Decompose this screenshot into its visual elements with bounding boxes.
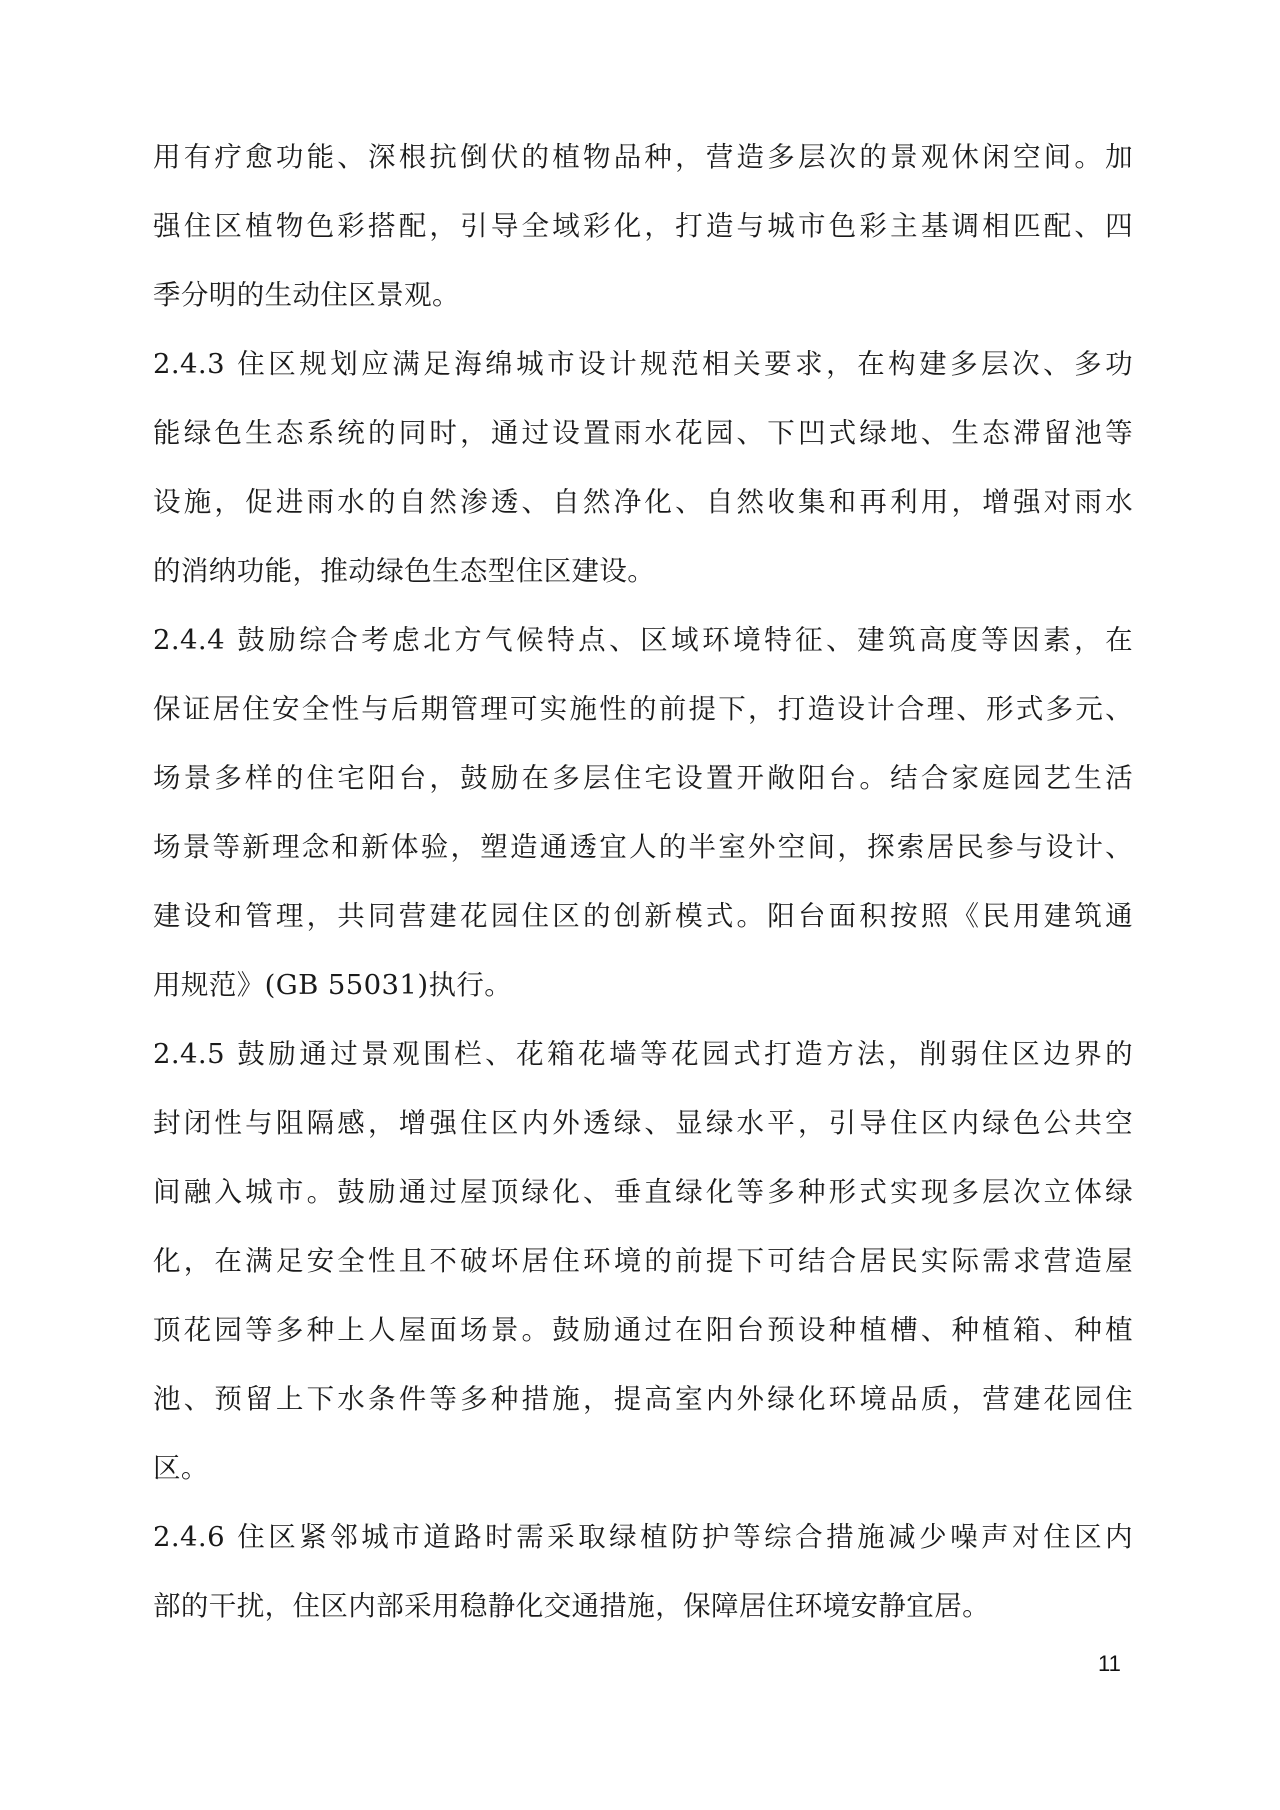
text-line: 能绿色生态系统的同时，通过设置雨水花园、下凹式绿地、生态滞留池等 (153, 408, 1133, 477)
paragraph-2-4-4: 2.4.4 鼓励综合考虑北方气候特点、区域环境特征、建筑高度等因素，在 保证居住… (153, 615, 1133, 1029)
text-line: 场景多样的住宅阳台，鼓励在多层住宅设置开敞阳台。结合家庭园艺生活 (153, 753, 1133, 822)
text-line: 间融入城市。鼓励通过屋顶绿化、垂直绿化等多种形式实现多层次立体绿 (153, 1167, 1133, 1236)
text-line: 2.4.5 鼓励通过景观围栏、花箱花墙等花园式打造方法，削弱住区边界的 (153, 1029, 1133, 1098)
paragraph-2-4-6: 2.4.6 住区紧邻城市道路时需采取绿植防护等综合措施减少噪声对住区内 部的干扰… (153, 1512, 1133, 1650)
text-line: 建设和管理，共同营建花园住区的创新模式。阳台面积按照《民用建筑通 (153, 891, 1133, 960)
text-line: 设施，促进雨水的自然渗透、自然净化、自然收集和再利用，增强对雨水 (153, 477, 1133, 546)
paragraph-continuation: 用有疗愈功能、深根抗倒伏的植物品种，营造多层次的景观休闲空间。加 强住区植物色彩… (153, 132, 1133, 339)
paragraph-2-4-5: 2.4.5 鼓励通过景观围栏、花箱花墙等花园式打造方法，削弱住区边界的 封闭性与… (153, 1029, 1133, 1512)
text-line: 强住区植物色彩搭配，引导全域彩化，打造与城市色彩主基调相匹配、四 (153, 201, 1133, 270)
text-line: 顶花园等多种上人屋面场景。鼓励通过在阳台预设种植槽、种植箱、种植 (153, 1305, 1133, 1374)
document-body: 用有疗愈功能、深根抗倒伏的植物品种，营造多层次的景观休闲空间。加 强住区植物色彩… (153, 132, 1133, 1650)
page-number: 11 (1098, 1651, 1121, 1677)
text-line: 2.4.3 住区规划应满足海绵城市设计规范相关要求，在构建多层次、多功 (153, 339, 1133, 408)
text-line: 场景等新理念和新体验，塑造通透宜人的半室外空间，探索居民参与设计、 (153, 822, 1133, 891)
text-line: 保证居住安全性与后期管理可实施性的前提下，打造设计合理、形式多元、 (153, 684, 1133, 753)
text-line: 2.4.6 住区紧邻城市道路时需采取绿植防护等综合措施减少噪声对住区内 (153, 1512, 1133, 1581)
text-line: 封闭性与阻隔感，增强住区内外透绿、显绿水平，引导住区内绿色公共空 (153, 1098, 1133, 1167)
text-line: 化，在满足安全性且不破坏居住环境的前提下可结合居民实际需求营造屋 (153, 1236, 1133, 1305)
text-line: 的消纳功能，推动绿色生态型住区建设。 (153, 546, 1133, 615)
text-line: 用规范》(GB 55031)执行。 (153, 960, 1133, 1029)
text-line: 部的干扰，住区内部采用稳静化交通措施，保障居住环境安静宜居。 (153, 1581, 1133, 1650)
document-page: 用有疗愈功能、深根抗倒伏的植物品种，营造多层次的景观休闲空间。加 强住区植物色彩… (0, 0, 1280, 1810)
text-line: 2.4.4 鼓励综合考虑北方气候特点、区域环境特征、建筑高度等因素，在 (153, 615, 1133, 684)
text-line: 季分明的生动住区景观。 (153, 270, 1133, 339)
text-line: 池、预留上下水条件等多种措施，提高室内外绿化环境品质，营建花园住 (153, 1374, 1133, 1443)
paragraph-2-4-3: 2.4.3 住区规划应满足海绵城市设计规范相关要求，在构建多层次、多功 能绿色生… (153, 339, 1133, 615)
text-line: 区。 (153, 1443, 1133, 1512)
text-line: 用有疗愈功能、深根抗倒伏的植物品种，营造多层次的景观休闲空间。加 (153, 132, 1133, 201)
